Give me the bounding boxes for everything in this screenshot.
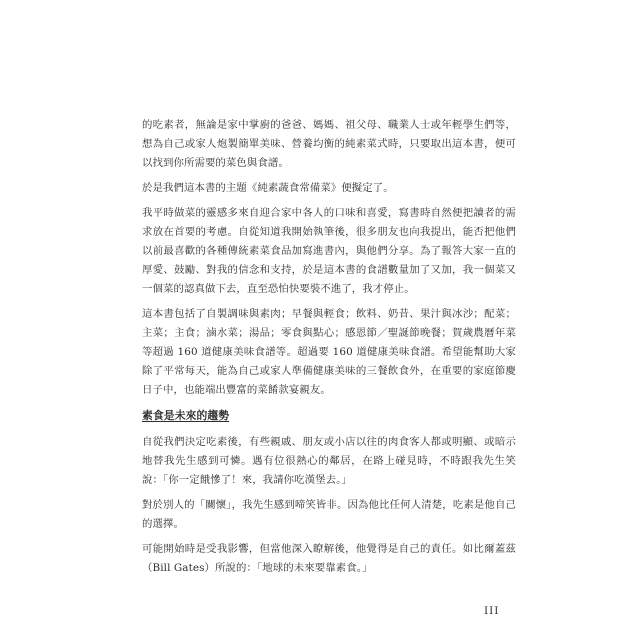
page-number: III — [484, 604, 499, 618]
intro-paragraph-4: 這本書包括了自製調味與素肉；早餐與輕食；飲料、奶昔、果汁與冰沙；配菜；主菜；主食… — [142, 305, 516, 400]
intro-paragraph-1: 的吃素者，無論是家中掌廚的爸爸、媽媽、祖父母、職業人士或年輕學生們等，想為自己或… — [142, 116, 516, 173]
intro-paragraph-3: 我平時做菜的靈感多來自迎合家中各人的口味和喜愛，寫書時自然便把讀者的需求放在首要… — [142, 204, 516, 299]
page-text-block: 的吃素者，無論是家中掌廚的爸爸、媽媽、祖父母、職業人士或年輕學生們等，想為自己或… — [142, 116, 516, 584]
book-page: 的吃素者，無論是家中掌廚的爸爸、媽媽、祖父母、職業人士或年輕學生們等，想為自己或… — [0, 0, 640, 640]
section-paragraph-3: 可能開始時是受我影響，但當他深入瞭解後，他覺得是自己的責任。如比爾蓋茲（Bill… — [142, 540, 516, 578]
section-heading: 素食是未來的趨勢 — [142, 406, 516, 425]
intro-paragraph-2: 於是我們這本書的主題《純素蔬食常備菜》便擬定了。 — [142, 179, 516, 198]
section-paragraph-2: 對於別人的「關懷」，我先生感到啼笑皆非。因為他比任何人清楚，吃素是他自己的選擇。 — [142, 496, 516, 534]
section-paragraph-1: 自從我們決定吃素後，有些親戚、朋友或小店以往的肉食客人都或明顯、或暗示地替我先生… — [142, 433, 516, 490]
